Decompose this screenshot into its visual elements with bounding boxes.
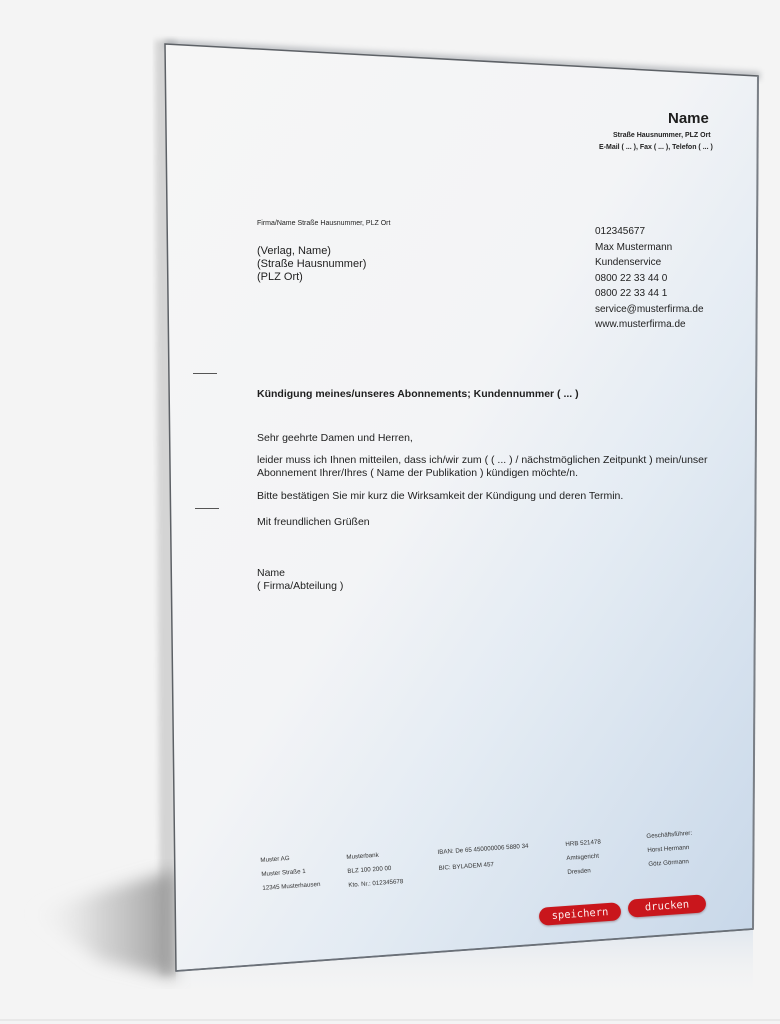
fold-mark-top	[193, 373, 217, 374]
recipient-address: (Verlag, Name) (Straße Hausnummer) (PLZ …	[257, 245, 366, 284]
website: www.musterfirma.de	[595, 317, 704, 333]
sender-contact: E-Mail ( ... ), Fax ( ... ), Telefon ( .…	[599, 144, 713, 151]
footer-register: HRB 521478 Amtsgericht Dresden	[565, 836, 603, 880]
email: service@musterfirma.de	[595, 302, 704, 318]
recipient-line: (Verlag, Name)	[257, 245, 366, 258]
info-block: 012345677 Max Mustermann Kundenservice 0…	[595, 224, 704, 333]
letter-subject: Kündigung meines/unseres Abonnements; Ku…	[257, 388, 579, 400]
signature-department: ( Firma/Abteilung )	[257, 580, 343, 593]
sender-name: Name	[668, 110, 709, 127]
customer-number: 012345677	[595, 224, 704, 240]
recipient-line: (PLZ Ort)	[257, 271, 366, 284]
signature-name: Name	[257, 567, 343, 580]
body-paragraph-2: Bitte bestätigen Sie mir kurz die Wirksa…	[257, 490, 623, 503]
fold-mark-middle	[195, 508, 219, 509]
footer-management: Geschäftsführer: Horst Hermann Götz Görm…	[646, 827, 695, 872]
stage: Name Straße Hausnummer, PLZ Ort E-Mail (…	[0, 0, 780, 1024]
footer-bank: Musterbank BLZ 100 200 00 Kto. Nr.: 0123…	[346, 847, 404, 893]
footer-line: Amtsgericht	[566, 849, 602, 865]
phone: 0800 22 33 44 0	[595, 271, 704, 287]
sender-address: Straße Hausnummer, PLZ Ort	[613, 132, 711, 139]
closing: Mit freundlichen Grüßen	[257, 516, 370, 529]
recipient-line: (Straße Hausnummer)	[257, 258, 366, 271]
footer-line: Dresden	[567, 863, 603, 879]
return-address: Firma/Name Straße Hausnummer, PLZ Ort	[257, 220, 390, 227]
body-line: leider muss ich Ihnen mitteilen, dass ic…	[257, 454, 708, 467]
fax: 0800 22 33 44 1	[595, 286, 704, 302]
signature: Name ( Firma/Abteilung )	[257, 567, 343, 593]
footer-iban: IBAN: De 65 450000006 5880 34 BIC: BYLAD…	[437, 839, 530, 877]
body-paragraph-1: leider muss ich Ihnen mitteilen, dass ic…	[257, 454, 708, 480]
contact-person: Max Mustermann	[595, 240, 704, 256]
department: Kundenservice	[595, 255, 704, 271]
body-line: Abonnement Ihrer/Ihres ( Name der Publik…	[257, 467, 708, 480]
salutation: Sehr geehrte Damen und Herren,	[257, 432, 413, 445]
footer-company: Muster AG Muster Straße 1 12345 Musterha…	[260, 850, 321, 896]
